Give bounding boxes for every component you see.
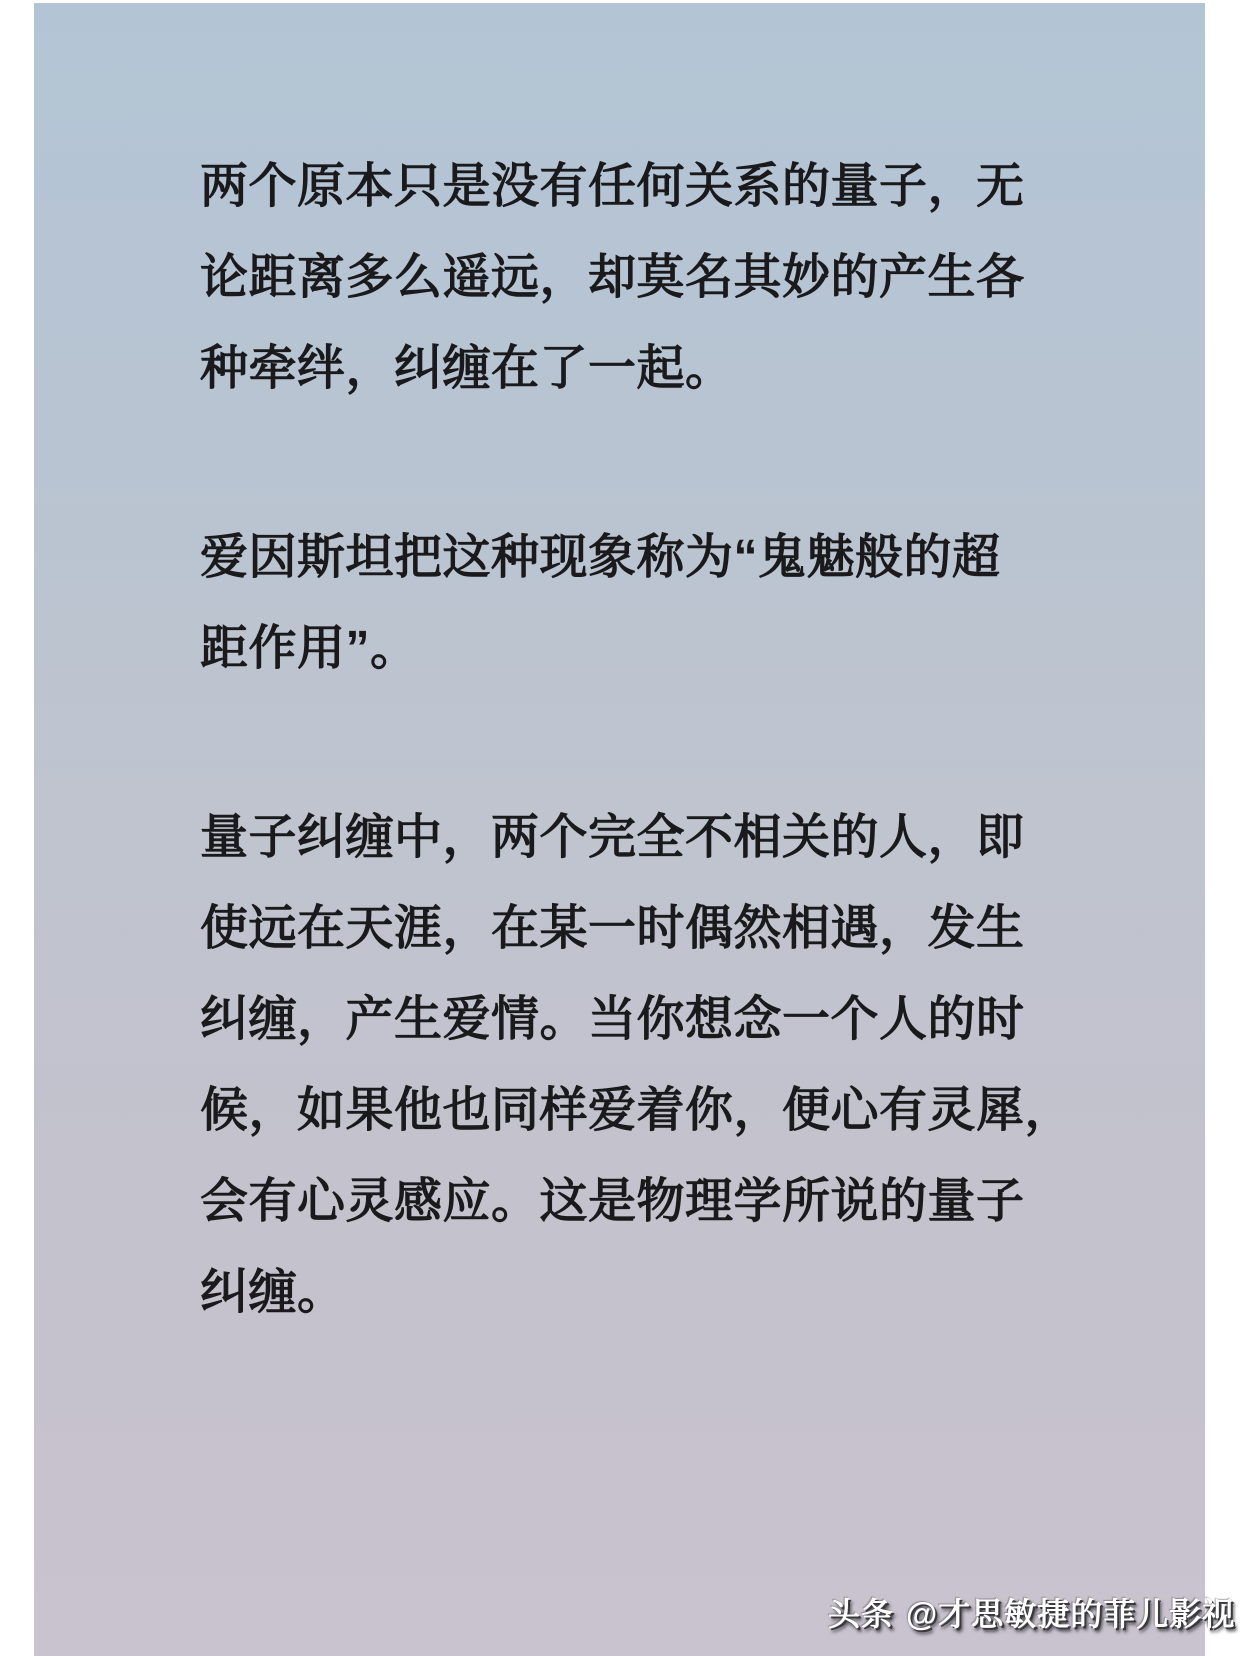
article-text-block: 两个原本只是没有任何关系的量子，无 论距离多么遥远，却莫名其妙的产生各 种牵绊，… — [200, 141, 1100, 1436]
text-line: 种牵绊，纠缠在了一起。 — [200, 323, 1100, 414]
text-card-page: 两个原本只是没有任何关系的量子，无 论距离多么遥远，却莫名其妙的产生各 种牵绊，… — [0, 0, 1242, 1656]
gradient-text-card: 两个原本只是没有任何关系的量子，无 论距离多么遥远，却莫名其妙的产生各 种牵绊，… — [34, 3, 1205, 1656]
paragraph-entanglement-love: 量子纠缠中，两个完全不相关的人，即 使远在天涯，在某一时偶然相遇，发生 纠缠，产… — [200, 792, 1100, 1338]
text-line: 候，如果他也同样爱着你，便心有灵犀， — [200, 1065, 1100, 1156]
text-line: 两个原本只是没有任何关系的量子，无 — [200, 141, 1100, 232]
paragraph-quantum-relation: 两个原本只是没有任何关系的量子，无 论距离多么遥远，却莫名其妙的产生各 种牵绊，… — [200, 141, 1100, 414]
text-line: 爱因斯坦把这种现象称为“鬼魅般的超 — [200, 512, 1100, 603]
text-line: 纠缠。 — [200, 1247, 1100, 1338]
watermark-platform-label: 头条 — [828, 1596, 894, 1632]
text-line: 会有心灵感应。这是物理学所说的量子 — [200, 1156, 1100, 1247]
watermark-user-handle: @才思敏捷的菲儿影视 — [906, 1596, 1235, 1632]
text-line: 纠缠，产生爱情。当你想念一个人的时 — [200, 974, 1100, 1065]
text-line: 使远在天涯，在某一时偶然相遇，发生 — [200, 883, 1100, 974]
text-line: 距作用”。 — [200, 603, 1100, 694]
paragraph-einstein-quote: 爱因斯坦把这种现象称为“鬼魅般的超 距作用”。 — [200, 512, 1100, 694]
text-line: 量子纠缠中，两个完全不相关的人，即 — [200, 792, 1100, 883]
toutiao-watermark: 头条@才思敏捷的菲儿影视 — [828, 1589, 1235, 1635]
text-line: 论距离多么遥远，却莫名其妙的产生各 — [200, 232, 1100, 323]
